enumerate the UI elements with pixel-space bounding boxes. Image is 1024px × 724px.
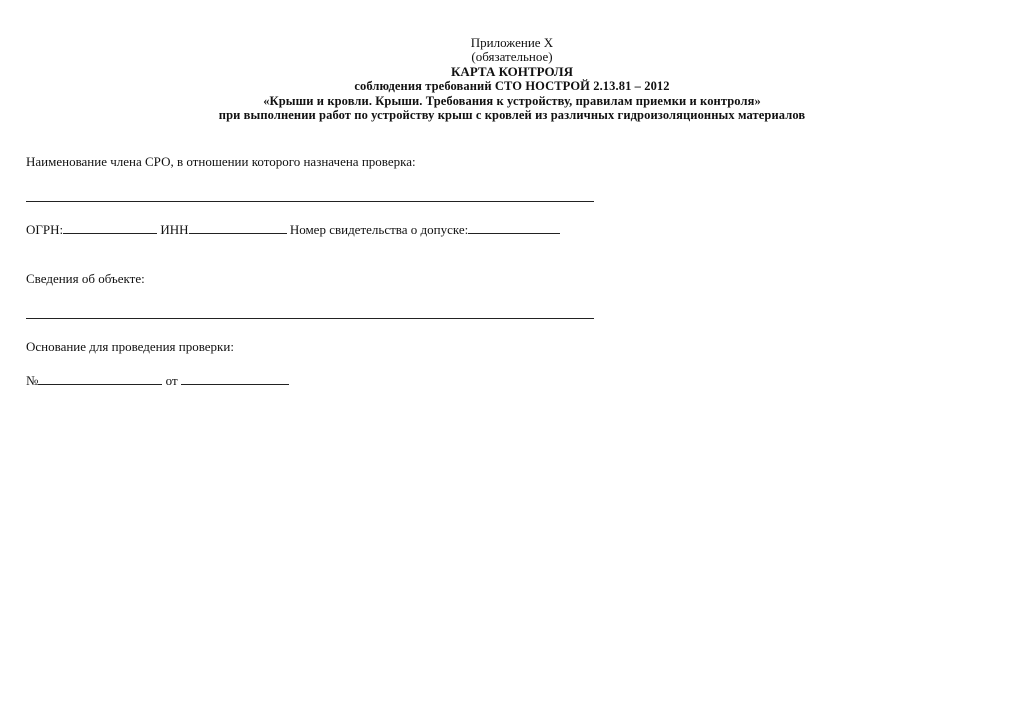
date-field[interactable] — [181, 373, 289, 385]
inn-label: ИНН — [160, 222, 188, 237]
basis-row: № от — [26, 373, 289, 389]
member-field[interactable] — [26, 201, 594, 202]
certificate-field[interactable] — [468, 222, 560, 234]
standard-name: «Крыши и кровли. Крыши. Требования к уст… — [0, 94, 1024, 108]
document-header: Приложение Х (обязательное) КАРТА КОНТРО… — [0, 36, 1024, 122]
number-field[interactable] — [38, 373, 162, 385]
appendix-label: Приложение Х — [0, 36, 1024, 50]
ogrn-label: ОГРН: — [26, 222, 63, 237]
mandatory-label: (обязательное) — [0, 50, 1024, 64]
scope-line: при выполнении работ по устройству крыш … — [0, 108, 1024, 122]
number-label: № — [26, 373, 38, 388]
date-label: от — [166, 373, 178, 388]
ogrn-field[interactable] — [63, 222, 157, 234]
member-label: Наименование члена СРО, в отношении кото… — [26, 154, 416, 170]
ogrn-row: ОГРН: ИНН Номер свидетельства о допуске: — [26, 222, 560, 238]
compliance-line: соблюдения требований СТО НОСТРОЙ 2.13.8… — [0, 79, 1024, 93]
object-field[interactable] — [26, 318, 594, 319]
certificate-label: Номер свидетельства о допуске: — [290, 222, 468, 237]
object-label: Сведения об объекте: — [26, 271, 145, 287]
document-title: КАРТА КОНТРОЛЯ — [0, 65, 1024, 79]
basis-label: Основание для проведения проверки: — [26, 339, 234, 355]
inn-field[interactable] — [189, 222, 287, 234]
